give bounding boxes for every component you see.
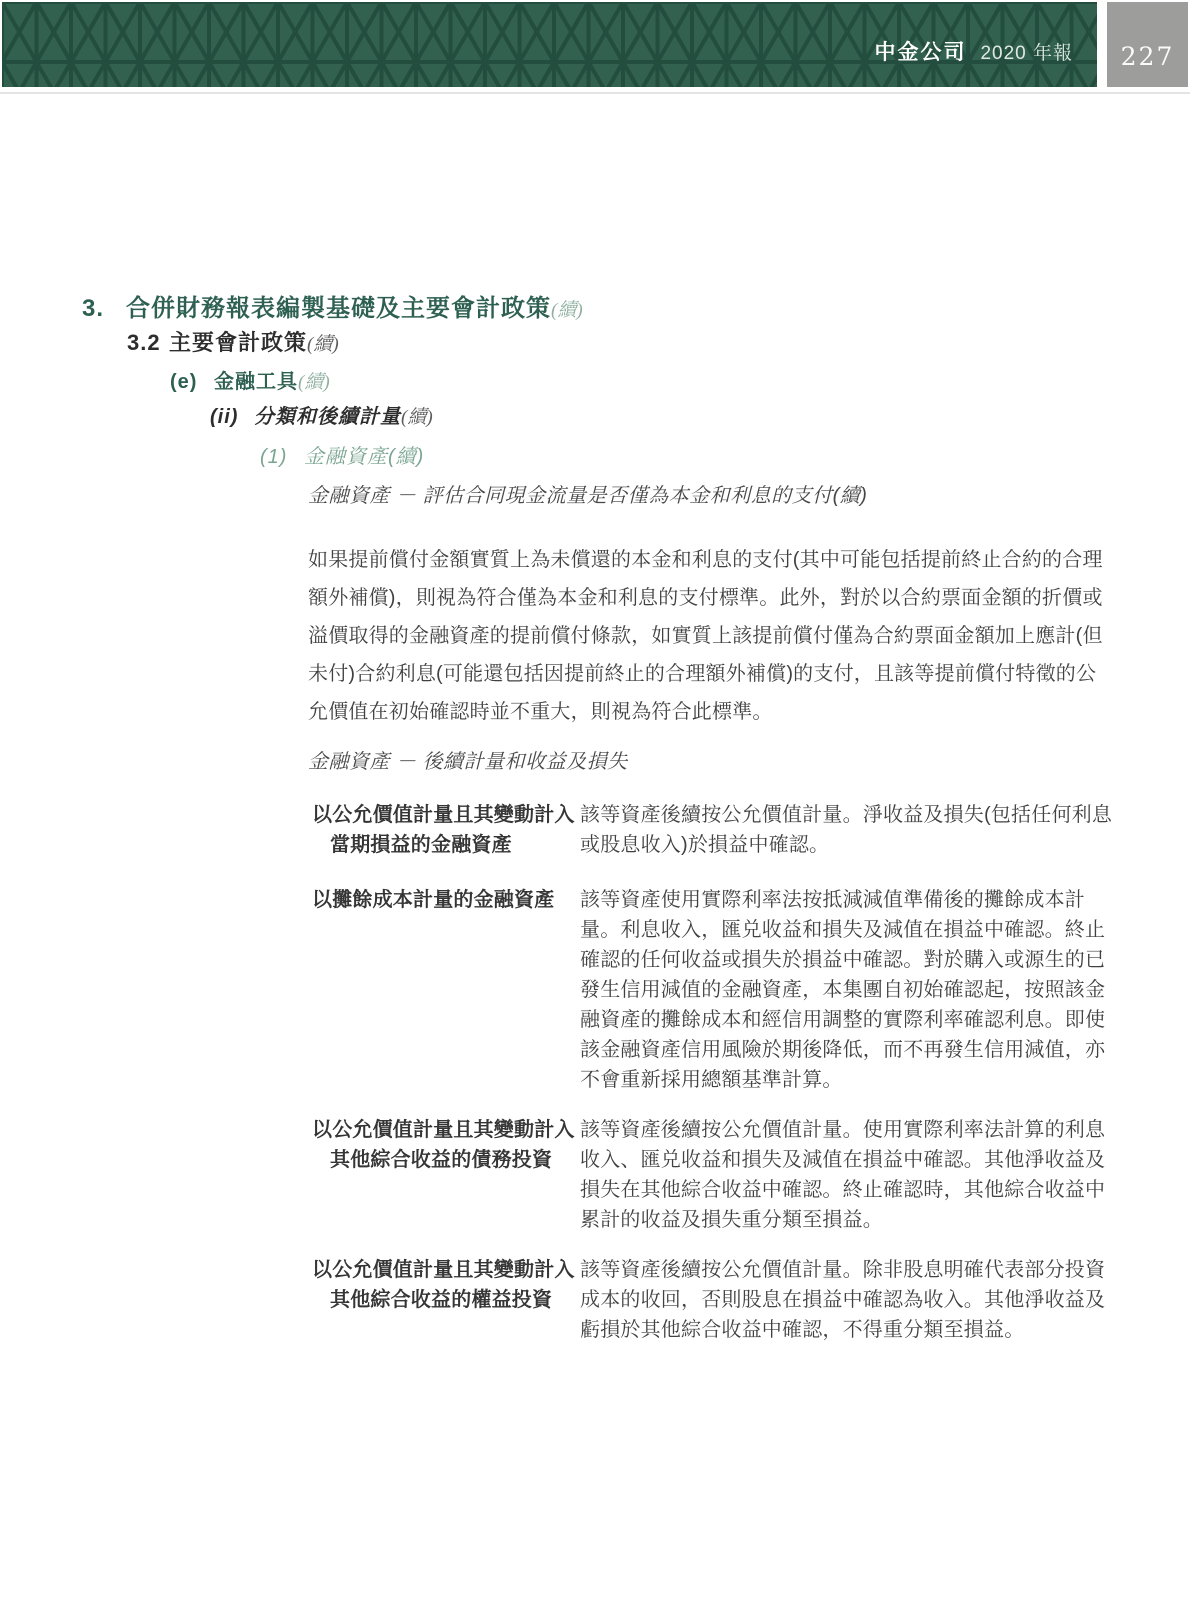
subsection-heading: 3.2主要會計政策(續) (127, 326, 339, 357)
row-description: 該等資產後續按公允價值計量。使用實際利率法計算的利息 收入、匯兑收益和損失及減值… (580, 1115, 1104, 1235)
item-e-heading: (e)金融工具(續) (170, 365, 330, 394)
paragraph-line: 允價值在初始確認時並不重大，則視為符合此標準。 (308, 693, 1108, 731)
row-term: 以公允價值計量且其變動計入 其他綜合收益的債務投資 (312, 1115, 574, 1175)
subsection-number: 3.2 (127, 330, 169, 356)
sppi-subtitle: 金融資產 － 評估合同現金流量是否僅為本金和利息的支付(續) (308, 479, 867, 508)
item-ii-continued: (續) (401, 407, 433, 428)
item-ii-heading: (ii)分類和後續計量(續) (210, 400, 433, 429)
paragraph-line: 溢價取得的金融資產的提前償付條款，如實質上該提前償付僅為合約票面金額加上應計(但 (308, 617, 1108, 655)
desc-line: 該等資產後續按公允價值計量。淨收益及損失(包括任何利息 (580, 800, 1104, 830)
term-line: 其他綜合收益的權益投資 (312, 1285, 574, 1315)
term-line: 以公允價值計量且其變動計入 (312, 1255, 574, 1285)
gains-subtitle: 金融資產 － 後續計量和收益及損失 (308, 745, 628, 774)
desc-line: 損失在其他綜合收益中確認。終止確認時，其他綜合收益中 (580, 1175, 1104, 1205)
desc-line: 融資產的攤餘成本和經信用調整的實際利率確認利息。即使 (580, 1005, 1104, 1035)
item-ii-title: 分類和後續計量 (254, 406, 401, 428)
paragraph-line: 額外補償)，則視為符合僅為本金和利息的支付標準。此外，對於以合約票面金額的折價或 (308, 579, 1108, 617)
item-e-continued: (續) (298, 372, 330, 393)
desc-line: 該等資產後續按公允價值計量。除非股息明確代表部分投資 (580, 1255, 1104, 1285)
item-1-title: 金融資產(續) (304, 446, 424, 468)
row-description: 該等資產使用實際利率法按抵減減值準備後的攤餘成本計 量。利息收入，匯兑收益和損失… (580, 885, 1104, 1095)
desc-line: 或股息收入)於損益中確認。 (580, 830, 1104, 860)
item-1-number: (1) (260, 446, 304, 469)
row-description: 該等資產後續按公允價值計量。淨收益及損失(包括任何利息 或股息收入)於損益中確認… (580, 800, 1104, 860)
company-name: 中金公司 (874, 36, 966, 66)
desc-line: 該等資產後續按公允價值計量。使用實際利率法計算的利息 (580, 1115, 1104, 1145)
header-band: 中金公司 2020 年報 (2, 2, 1097, 87)
desc-line: 量。利息收入，匯兑收益和損失及減值在損益中確認。終止 (580, 915, 1104, 945)
item-e-title: 金融工具 (214, 371, 298, 393)
item-ii-number: (ii) (210, 406, 254, 429)
desc-line: 不會重新採用總額基準計算。 (580, 1065, 1104, 1095)
page-number: 227 (1121, 42, 1175, 71)
report-year: 2020 年報 (980, 38, 1073, 65)
item-e-number: (e) (170, 371, 214, 394)
term-line: 以公允價值計量且其變動計入 (312, 1115, 574, 1145)
desc-line: 收入、匯兑收益和損失及減值在損益中確認。其他淨收益及 (580, 1145, 1104, 1175)
desc-line: 該等資產使用實際利率法按抵減減值準備後的攤餘成本計 (580, 885, 1104, 915)
desc-line: 發生信用減值的金融資產，本集團自初始確認起，按照該金 (580, 975, 1104, 1005)
report-title: 中金公司 2020 年報 (874, 15, 1073, 87)
page-number-box: 227 (1107, 2, 1188, 87)
paragraph-line: 未付)合約利息(可能還包括因提前終止的合理額外補償)的支付，且該等提前償付特徵的… (308, 655, 1108, 693)
section-heading: 3.合併財務報表編製基礎及主要會計政策(續) (82, 288, 583, 323)
section-continued: (續) (551, 300, 583, 321)
subsection-title: 主要會計政策 (169, 330, 307, 355)
desc-line: 成本的收回，否則股息在損益中確認為收入。其他淨收益及 (580, 1285, 1104, 1315)
section-title: 合併財務報表編製基礎及主要會計政策 (126, 295, 551, 322)
row-description: 該等資產後續按公允價值計量。除非股息明確代表部分投資 成本的收回，否則股息在損益… (580, 1255, 1104, 1345)
row-term: 以公允價值計量且其變動計入 當期損益的金融資產 (312, 800, 574, 860)
paragraph-line: 如果提前償付金額實質上為未償還的本金和利息的支付(其中可能包括提前終止合約的合理 (308, 541, 1108, 579)
term-line: 當期損益的金融資產 (312, 830, 574, 860)
section-number: 3. (82, 295, 126, 323)
desc-line: 確認的任何收益或損失於損益中確認。對於購入或源生的已 (580, 945, 1104, 975)
annual-report-page: 中金公司 2020 年報 227 3.合併財務報表編製基礎及主要會計政策(續) … (0, 0, 1190, 1615)
desc-line: 該金融資產信用風險於期後降低，而不再發生信用減值，亦 (580, 1035, 1104, 1065)
term-line: 以公允價值計量且其變動計入 (312, 800, 574, 830)
desc-line: 虧損於其他綜合收益中確認，不得重分類至損益。 (580, 1315, 1104, 1345)
desc-line: 累計的收益及損失重分類至損益。 (580, 1205, 1104, 1235)
sppi-paragraph: 如果提前償付金額實質上為未償還的本金和利息的支付(其中可能包括提前終止合約的合理… (308, 541, 1108, 731)
term-line: 其他綜合收益的債務投資 (312, 1145, 574, 1175)
header-divider (0, 92, 1190, 94)
term-line: 以攤餘成本計量的金融資產 (312, 885, 574, 915)
subsection-continued: (續) (307, 334, 339, 355)
row-term: 以公允價值計量且其變動計入 其他綜合收益的權益投資 (312, 1255, 574, 1315)
item-1-heading: (1)金融資產(續) (260, 440, 424, 469)
row-term: 以攤餘成本計量的金融資產 (312, 885, 574, 915)
